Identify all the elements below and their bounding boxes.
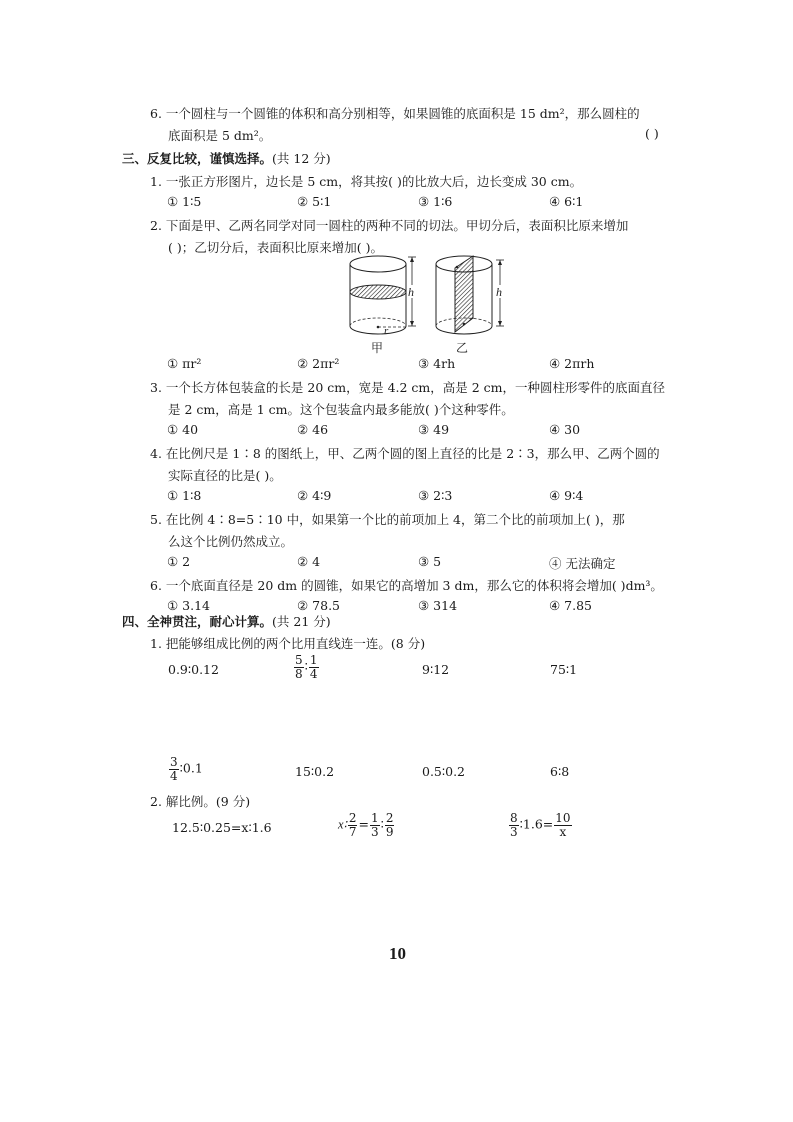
match-bottom-1[interactable]: 34∶0.1: [168, 756, 203, 782]
s4-q1-title: 1. 把能够组成比例的两个比用直线连一连。(8 分): [150, 634, 425, 652]
section4-heading: 四、全神贯注，耐心计算。(共 21 分): [122, 612, 331, 630]
s3-q5-option-2[interactable]: ② 4: [297, 554, 320, 569]
fraction-1-4: 14: [309, 654, 319, 680]
fraction-3-4: 34: [169, 756, 179, 782]
match-top-3[interactable]: 9∶12: [422, 662, 449, 677]
svg-text:h: h: [408, 285, 414, 299]
s3-q1-line1: 1. 一张正方形图片，边长是 5 cm，将其按( )的比放大后，边长变成 30 …: [150, 172, 582, 190]
s3-q5-line2: 么这个比例仍然成立。: [168, 532, 293, 550]
s3-q5-option-4[interactable]: ④ 无法确定: [549, 554, 615, 572]
match-bottom-3[interactable]: 0.5∶0.2: [422, 764, 465, 779]
s3-q5-option-1[interactable]: ① 2: [167, 554, 190, 569]
s3-q1-option-3[interactable]: ③ 1∶6: [418, 194, 452, 209]
s3-q6-option-3[interactable]: ③ 314: [418, 598, 457, 613]
svg-text:乙: 乙: [456, 341, 468, 355]
match-bottom-2[interactable]: 15∶0.2: [295, 764, 334, 779]
s3-q2-option-3[interactable]: ③ 4rh: [418, 356, 455, 371]
fraction-5-8: 58: [294, 654, 304, 680]
s3-q5-line1: 5. 在比例 4∶8=5∶10 中，如果第一个比的前项加上 4，第二个比的前项加…: [150, 510, 625, 528]
cylinder-cut-figure: r h 甲 h 乙: [340, 250, 525, 358]
judgement-q6-line1: 6. 一个圆柱与一个圆锥的体积和高分别相等，如果圆锥的底面积是 15 dm²，那…: [150, 104, 640, 122]
judgement-q6-line2: 底面积是 5 dm²。: [168, 126, 271, 144]
s3-q6-line1: 6. 一个底面直径是 20 dm 的圆锥，如果它的高增加 3 dm，那么它的体积…: [150, 576, 663, 594]
proportion-eq-3: 83∶1.6=10x: [508, 812, 573, 838]
svg-text:甲: 甲: [371, 341, 383, 355]
match-top-2[interactable]: 58∶14: [293, 654, 320, 680]
s3-q5-option-3[interactable]: ③ 5: [418, 554, 441, 569]
section4-points: (共 21 分): [272, 614, 331, 629]
s3-q1-option-2[interactable]: ② 5∶1: [297, 194, 331, 209]
s3-q2-option-2[interactable]: ② 2πr²: [297, 356, 339, 371]
s3-q4-option-4[interactable]: ④ 9∶4: [549, 488, 583, 503]
svg-text:h: h: [496, 285, 502, 299]
s3-q2-line1: 2. 下面是甲、乙两名同学对同一圆柱的两种不同的切法。甲切分后，表面积比原来增加: [150, 216, 628, 234]
s3-q3-line2: 是 2 cm，高是 1 cm。这个包装盒内最多能放( )个这种零件。: [168, 400, 514, 418]
s3-q1-option-1[interactable]: ① 1∶5: [167, 194, 201, 209]
s3-q3-option-2[interactable]: ② 46: [297, 422, 328, 437]
s3-q4-option-3[interactable]: ③ 2∶3: [418, 488, 452, 503]
match-top-1[interactable]: 0.9∶0.12: [168, 662, 219, 677]
s3-q6-option-2[interactable]: ② 78.5: [297, 598, 340, 613]
s3-q3-option-1[interactable]: ① 40: [167, 422, 198, 437]
page-number: 10: [389, 944, 406, 964]
proportion-eq-1: 12.5∶0.25=x∶1.6: [172, 820, 272, 835]
s3-q3-option-4[interactable]: ④ 30: [549, 422, 580, 437]
s3-q4-option-2[interactable]: ② 4∶9: [297, 488, 331, 503]
section3-heading: 三、反复比较，谨慎选择。(共 12 分): [122, 149, 331, 167]
section3-points: (共 12 分): [272, 151, 331, 166]
s3-q6-option-4[interactable]: ④ 7.85: [549, 598, 592, 613]
match-bottom-4[interactable]: 6∶8: [550, 764, 569, 779]
match-top-4[interactable]: 75∶1: [550, 662, 577, 677]
s3-q4-line2: 实际直径的比是( )。: [168, 466, 282, 484]
s3-q1-option-4[interactable]: ④ 6∶1: [549, 194, 583, 209]
proportion-eq-2: x∶27=13∶29: [338, 812, 395, 838]
section4-title: 四、全神贯注，耐心计算。: [122, 614, 272, 629]
s3-q3-line1: 3. 一个长方体包装盒的长是 20 cm，宽是 4.2 cm，高是 2 cm，一…: [150, 378, 665, 396]
s3-q4-line1: 4. 在比例尺是 1∶8 的图纸上，甲、乙两个圆的图上直径的比是 2∶3，那么甲…: [150, 444, 660, 462]
svg-text:r: r: [384, 325, 389, 337]
s3-q6-option-1[interactable]: ① 3.14: [167, 598, 210, 613]
s3-q3-option-3[interactable]: ③ 49: [418, 422, 449, 437]
judgement-q6-answer-blank[interactable]: ( ): [645, 126, 659, 141]
section3-title: 三、反复比较，谨慎选择。: [122, 151, 272, 166]
s4-q2-title: 2. 解比例。(9 分): [150, 792, 250, 810]
s3-q4-option-1[interactable]: ① 1∶8: [167, 488, 201, 503]
cylinder-diagram-icon: r h 甲 h 乙: [340, 250, 525, 358]
s3-q2-option-1[interactable]: ① πr²: [167, 356, 201, 371]
s3-q2-option-4[interactable]: ④ 2πrh: [549, 356, 594, 371]
